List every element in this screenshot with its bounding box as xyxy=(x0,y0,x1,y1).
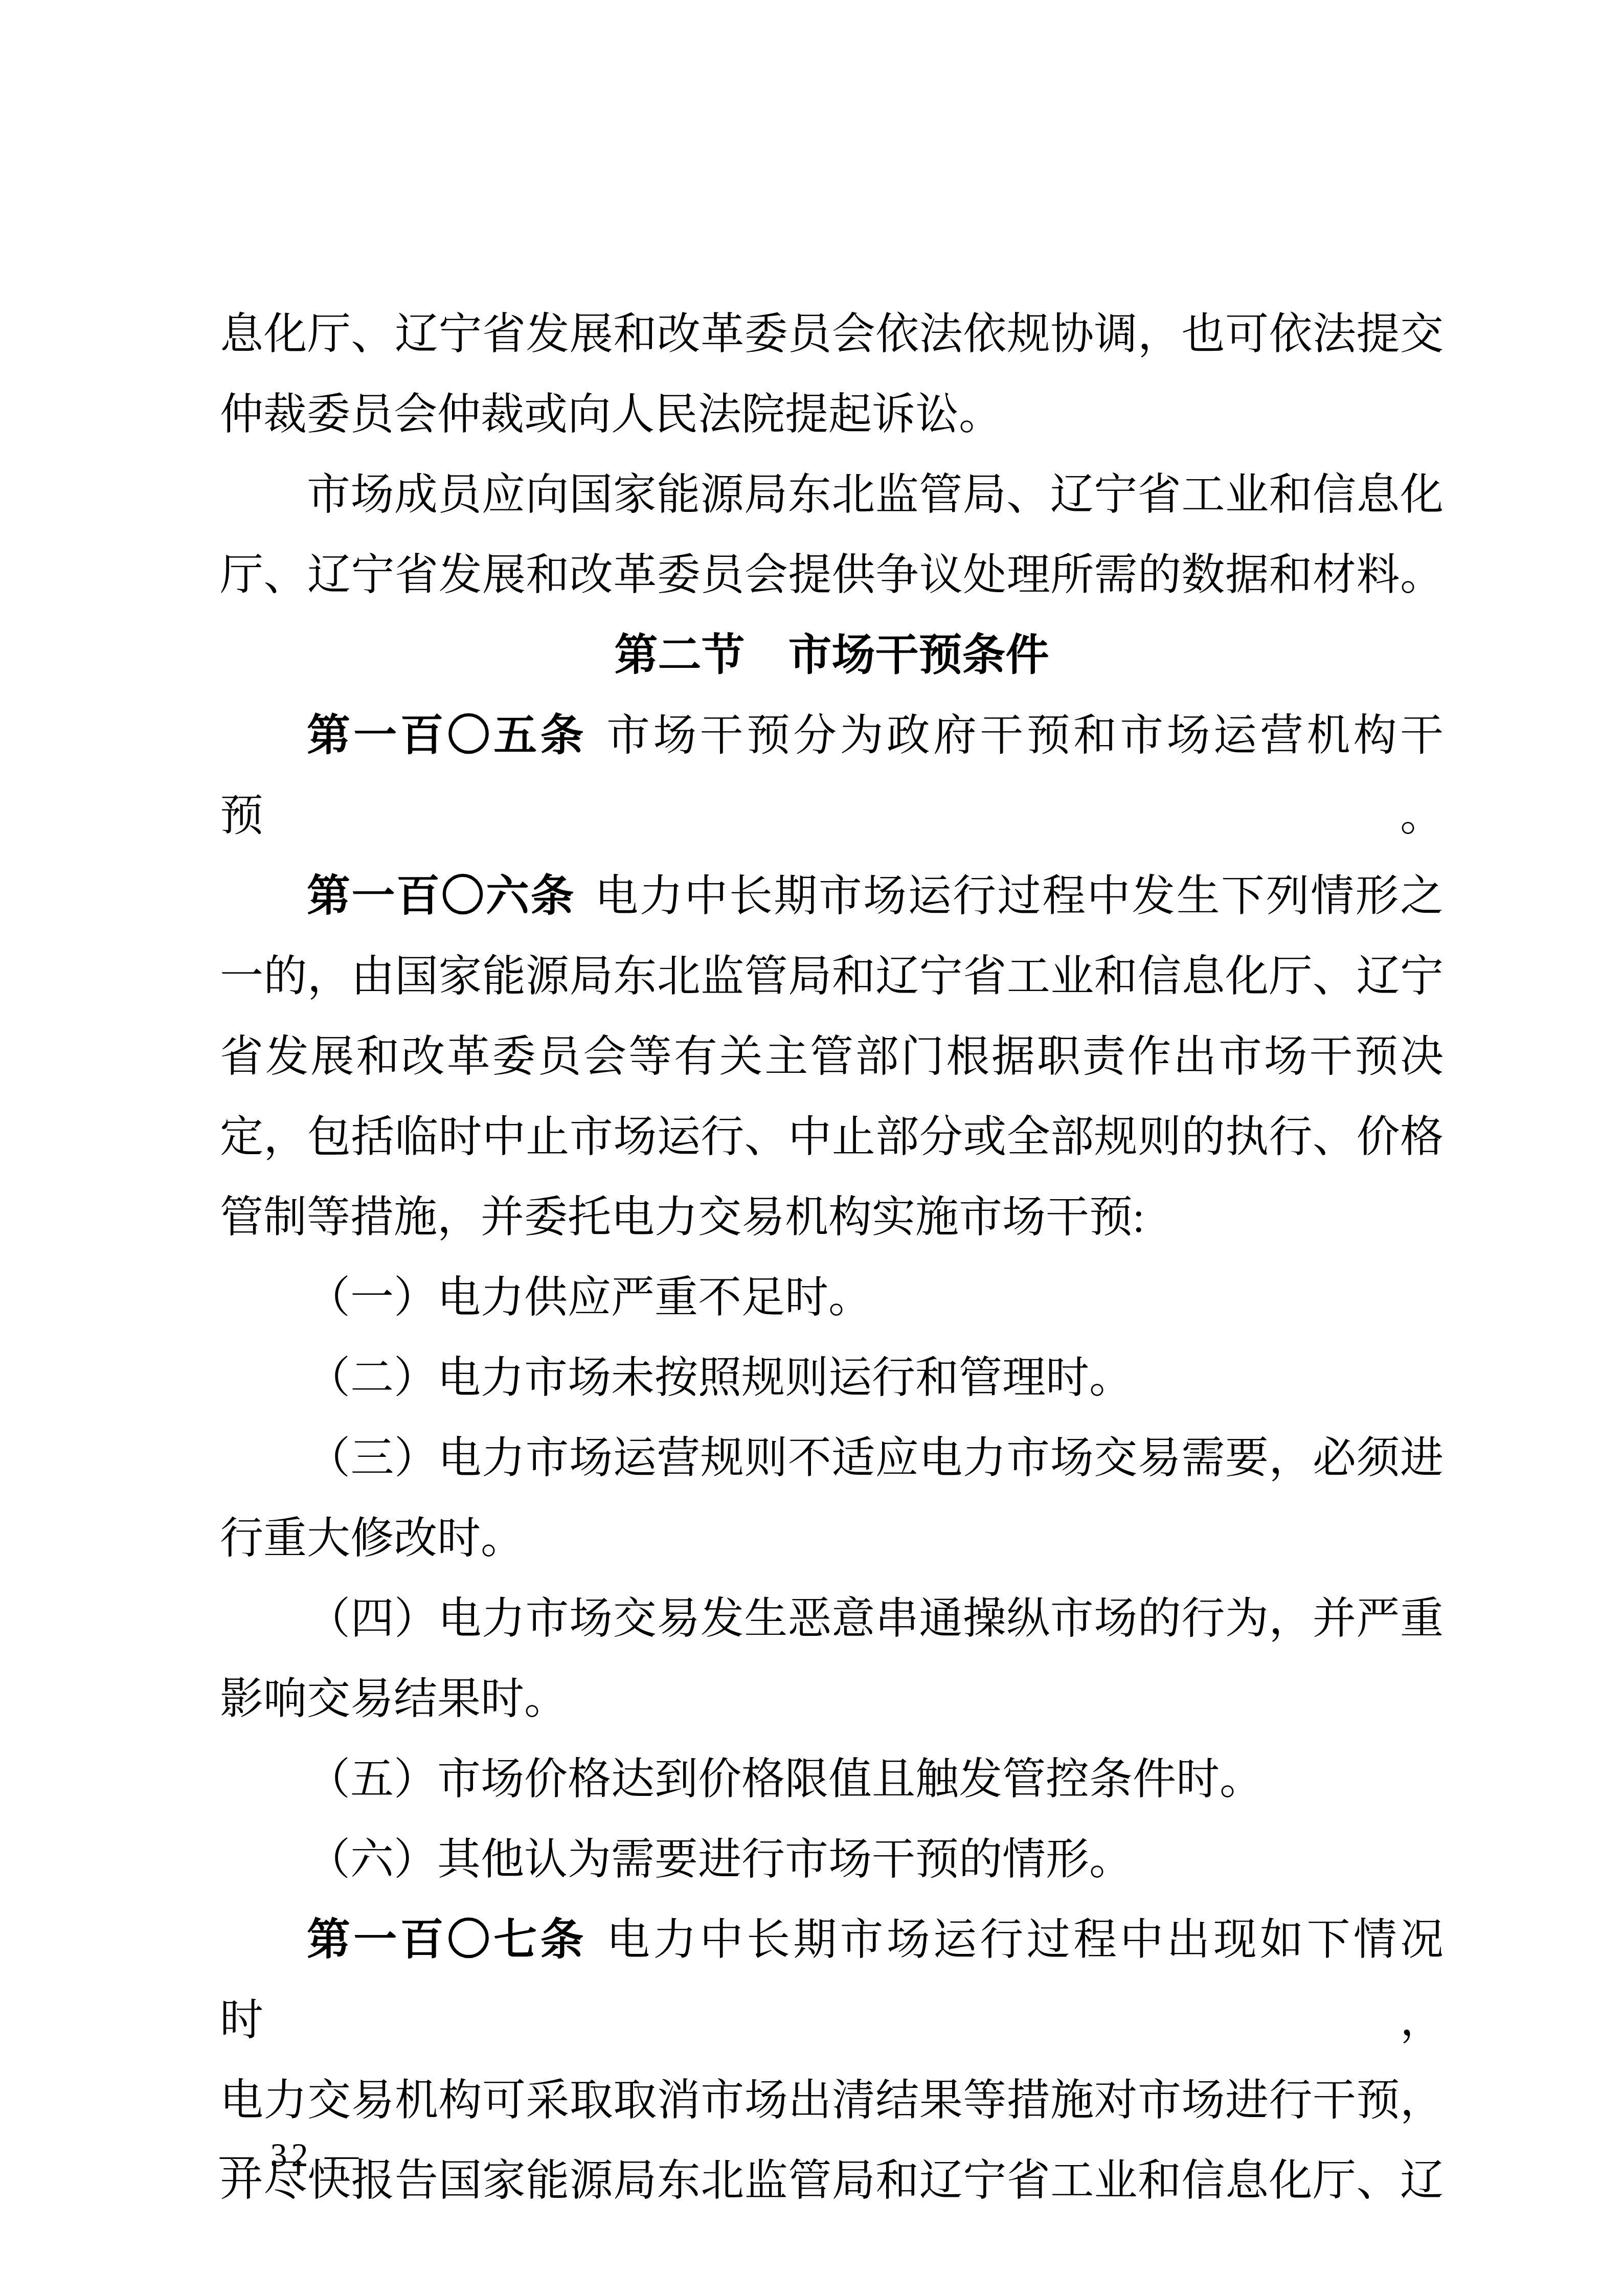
article-number: 第一百〇七条 xyxy=(307,1916,587,1964)
text-line: （一）电力供应严重不足时。 xyxy=(220,1258,1444,1338)
article-number: 第一百〇五条 xyxy=(307,712,587,760)
text-line: 省发展和改革委员会等有关主管部门根据职责作出市场干预决 xyxy=(220,1017,1444,1097)
text-line: 管制等措施，并委托电力交易机构实施市场干预: xyxy=(220,1178,1444,1258)
line-text: （二）电力市场未按照规则运行和管理时。 xyxy=(307,1354,1133,1402)
line-text: 定，包括临时中止市场运行、中止部分或全部规则的执行、价格 xyxy=(220,1113,1444,1161)
line-text: （六）其他认为需要进行市场干预的情形。 xyxy=(307,1836,1133,1884)
line-text: 息化厅、辽宁省发展和改革委员会依法依规协调，也可依法提交 xyxy=(220,310,1444,358)
text-line: 并尽快报告国家能源局东北监管局和辽宁省工业和信息化厅、辽 xyxy=(220,2141,1444,2221)
text-line: 一的，由国家能源局东北监管局和辽宁省工业和信息化厅、辽宁 xyxy=(220,937,1444,1017)
text-line: （三）电力市场运营规则不适应电力市场交易需要，必须进 xyxy=(220,1419,1444,1499)
text-line: 息化厅、辽宁省发展和改革委员会依法依规协调，也可依法提交 xyxy=(220,295,1444,375)
text-line: 行重大修改时。 xyxy=(220,1499,1444,1579)
article-number: 第一百〇六条 xyxy=(307,872,575,920)
line-text: （四）电力市场交易发生恶意串通操纵市场的行为，并严重 xyxy=(307,1595,1444,1643)
line-text: （一）电力供应严重不足时。 xyxy=(307,1274,872,1322)
text-line: （六）其他认为需要进行市场干预的情形。 xyxy=(220,1820,1444,1900)
line-text: 行重大修改时。 xyxy=(220,1515,524,1563)
text-line: 影响交易结果时。 xyxy=(220,1659,1444,1740)
text-line: 市场成员应向国家能源局东北监管局、辽宁省工业和信息化 xyxy=(220,455,1444,535)
text-line: 第一百〇六条电力中长期市场运行过程中发生下列情形之 xyxy=(220,857,1444,937)
line-text: 一的，由国家能源局东北监管局和辽宁省工业和信息化厅、辽宁 xyxy=(220,953,1444,1001)
text-line: （四）电力市场交易发生恶意串通操纵市场的行为，并严重 xyxy=(220,1579,1444,1659)
text-line: 仲裁委员会仲裁或向人民法院提起诉讼。 xyxy=(220,375,1444,455)
line-text: 省发展和改革委员会等有关主管部门根据职责作出市场干预决 xyxy=(220,1033,1444,1081)
line-text: 市场成员应向国家能源局东北监管局、辽宁省工业和信息化 xyxy=(307,471,1444,519)
line-text: 影响交易结果时。 xyxy=(220,1675,568,1723)
section-heading: 第二节 市场干预条件 xyxy=(220,616,1444,696)
text-line: 电力交易机构可采取取消市场出清结果等措施对市场进行干预， xyxy=(220,2061,1444,2141)
line-text: 电力交易机构可采取取消市场出清结果等措施对市场进行干预， xyxy=(220,2077,1444,2125)
document-page: 息化厅、辽宁省发展和改革委员会依法依规协调，也可依法提交 仲裁委员会仲裁或向人民… xyxy=(0,0,1623,2296)
text-line: （二）电力市场未按照规则运行和管理时。 xyxy=(220,1338,1444,1419)
text-line: 定，包括临时中止市场运行、中止部分或全部规则的执行、价格 xyxy=(220,1097,1444,1178)
line-text: 仲裁委员会仲裁或向人民法院提起诉讼。 xyxy=(220,391,1002,439)
line-text: 厅、辽宁省发展和改革委员会提供争议处理所需的数据和材料。 xyxy=(220,551,1444,599)
text-line: （五）市场价格达到价格限值且触发管控条件时。 xyxy=(220,1740,1444,1820)
line-text: 管制等措施，并委托电力交易机构实施市场干预: xyxy=(220,1194,1145,1242)
line-text: 并尽快报告国家能源局东北监管局和辽宁省工业和信息化厅、辽 xyxy=(220,2157,1444,2205)
page-number: — 32 — xyxy=(220,2139,363,2172)
text-line: 第一百〇五条市场干预分为政府干预和市场运营机构干预。 xyxy=(220,696,1444,857)
line-text: （三）电力市场运营规则不适应电力市场交易需要，必须进 xyxy=(307,1434,1444,1482)
text-line: 第一百〇七条电力中长期市场运行过程中出现如下情况时， xyxy=(220,1900,1444,2061)
document-body: 息化厅、辽宁省发展和改革委员会依法依规协调，也可依法提交 仲裁委员会仲裁或向人民… xyxy=(220,295,1444,2221)
line-text: 电力中长期市场运行过程中发生下列情形之 xyxy=(595,872,1444,920)
line-text: （五）市场价格达到价格限值且触发管控条件时。 xyxy=(307,1755,1263,1804)
text-line: 厅、辽宁省发展和改革委员会提供争议处理所需的数据和材料。 xyxy=(220,535,1444,616)
